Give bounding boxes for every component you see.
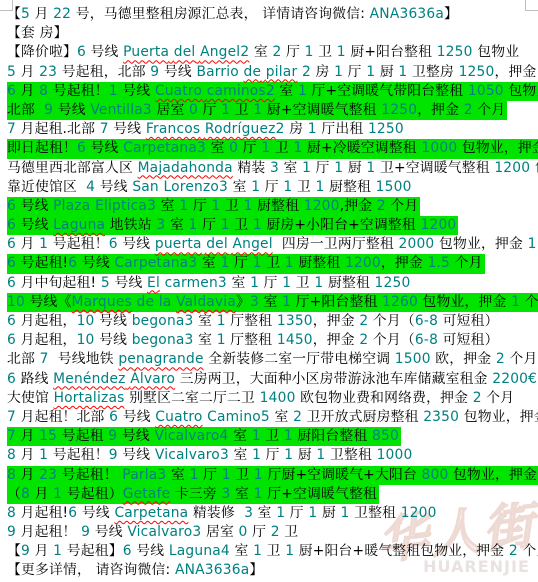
rental-listing-text-block: 【5 月 22 号，马德里整租房源汇总表， 详情请咨询微信: ANA3636a】… (7, 5, 538, 581)
latin-text-run: begona3 (132, 332, 194, 348)
latin-text-run: 1 (254, 467, 263, 483)
latin-text-run: 1200 (304, 198, 340, 214)
latin-text-run: 2200€ (492, 371, 537, 387)
latin-text-run: 2 (271, 524, 280, 540)
latin-text-run: Francos (146, 121, 200, 137)
listing-line-highlighted: 6 号起租!6 号线 Carpetana3 室 1 厅 1 卫 1 厨整租 12… (7, 254, 485, 273)
latin-text-run: ANA3636a (175, 562, 249, 578)
misspelled-word: Valdavia (176, 294, 236, 310)
misspelled-word: Cuatro caminos2 (155, 83, 275, 99)
latin-text-run: Eliptica3 (95, 198, 156, 214)
latin-text-run: 1 (284, 447, 293, 463)
latin-text-run: 9 (150, 64, 159, 80)
latin-text-run: 1 (316, 179, 325, 195)
latin-text-run: Angel2 (200, 44, 249, 60)
latin-text-run: 1250 (375, 275, 411, 291)
latin-text-run: 1 (252, 447, 261, 463)
latin-text-run: pilar (266, 64, 298, 80)
latin-text-run: Valdavia (176, 294, 236, 310)
latin-text-run: 1 (109, 83, 118, 99)
listing-line-highlighted: 7 月 15 号起租 9 号线 Vicalvaro4 室 1 卫 1 厨阳台整租… (7, 427, 401, 446)
latin-text-run: 1000 (421, 140, 457, 156)
latin-text-run: 1 (337, 44, 346, 60)
latin-text-run: Carpetana (114, 505, 188, 521)
latin-text-run: 6 (7, 255, 16, 271)
latin-text-run: 2350 (423, 409, 459, 425)
latin-text-run: 1 (282, 294, 291, 310)
listing-line-highlighted: （8 月 1 号起租）Getafe 卡三旁 3 室 1 厅+空调暖气整租 (7, 485, 379, 504)
latin-text-run: 6-8 (415, 332, 438, 348)
latin-text-run: 7 (100, 121, 109, 137)
latin-text-run: Getafe (123, 486, 171, 502)
word-document-page: 【5 月 22 号，马德里整租房源汇总表， 详情请咨询微信: ANA3636a】… (0, 0, 538, 582)
latin-text-run: 6 (109, 236, 118, 252)
latin-text-run: de (244, 64, 262, 80)
latin-text-run: 1000 (377, 447, 413, 463)
latin-text-run: 1 (53, 543, 62, 559)
latin-text-run: 5 (7, 64, 16, 80)
latin-text-run: 3 (156, 217, 165, 233)
latin-text-run: 9 (109, 447, 118, 463)
latin-text-run: 1 (334, 64, 343, 80)
latin-text-run: 10 (77, 332, 95, 348)
listing-line-highlighted: 10 号线《Marques de la Valdavia》3 室 1 厅+阳台整… (7, 293, 538, 312)
latin-text-run: 2 (293, 409, 302, 425)
latin-text-run: 1 (39, 236, 48, 252)
listing-line: 6 月起租，10 号线 begona3 室 1 厅整租 1450，押金 2 个月… (7, 331, 538, 350)
latin-text-run: 9 (21, 543, 30, 559)
latin-text-run: 2 (272, 44, 281, 60)
listing-line: 【5 月 22 号，马德里整租房源汇总表， 详情请咨询微信: ANA3636a】 (7, 5, 538, 24)
latin-text-run: Camino5 (207, 409, 270, 425)
latin-text-run: 1 (253, 543, 262, 559)
latin-text-run: 1 (334, 160, 343, 176)
latin-text-run: la (159, 294, 172, 310)
misspelled-word: Getafe (123, 486, 171, 502)
misspelled-word: de pilar (244, 64, 298, 80)
latin-text-run: 1 (189, 217, 198, 233)
latin-text-run: carmen3 (165, 275, 227, 291)
latin-text-run: 1 (302, 160, 311, 176)
latin-text-run: 8 (7, 447, 16, 463)
latin-text-run: 6 (7, 313, 16, 329)
misspelled-word: Marques (72, 294, 132, 310)
latin-text-run: 1 (293, 140, 302, 156)
latin-text-run: 1 (528, 236, 537, 252)
latin-text-run: 850 (372, 428, 399, 444)
latin-text-run: 1 (253, 255, 262, 271)
listing-line: 9 月起租！ 9 号线 Vicalvaro3 居室 0 厅 2 卫 (7, 523, 538, 542)
listing-line: 7 月起租！北部 6 号线 Cuatro Camino5 室 2 卫开放式厨房整… (7, 408, 538, 427)
latin-text-run: Vicalvaro3 (155, 447, 229, 463)
misspelled-word: penagrande (118, 351, 203, 367)
latin-text-run: 1400 (260, 390, 296, 406)
latin-text-run: Menéndez (53, 371, 125, 387)
latin-text-run: 1500 (376, 179, 412, 195)
latin-text-run: 1 (282, 275, 291, 291)
latin-text-run: Vicalvaro3 (127, 524, 201, 540)
latin-text-run: 2 (377, 198, 386, 214)
latin-text-run: Carpetana3 (123, 140, 206, 156)
latin-text-run: 1 (217, 332, 226, 348)
misspelled-word: Cuatro (155, 409, 202, 425)
latin-text-run: Cuatro (155, 409, 202, 425)
latin-text-run: 1 (217, 313, 226, 329)
latin-text-run: 6 (77, 140, 86, 156)
latin-text-run: 3 (221, 486, 230, 502)
latin-text-run: 5 (101, 275, 110, 291)
listing-line-highlighted: 6 号线 Laguna 地铁站 3 室 1 厅 1 卫 1 厨房+小阳台+空调整… (7, 216, 458, 235)
latin-text-run: Parla3 (122, 467, 166, 483)
latin-text-run: 23 (39, 64, 57, 80)
latin-text-run: 2 (302, 64, 311, 80)
latin-text-run: Barrio (196, 64, 239, 80)
latin-text-run: 1 (511, 294, 520, 310)
misspelled-word: Puerta del Angel2 (123, 44, 249, 60)
latin-text-run: Puerta (123, 44, 169, 60)
latin-text-run: 1 (316, 447, 325, 463)
latin-text-run: 1 (254, 486, 263, 502)
latin-text-run: 2 (509, 543, 518, 559)
latin-text-run: del (206, 236, 228, 252)
latin-text-run: Cuatro (155, 83, 202, 99)
latin-text-run: 1 (261, 140, 270, 156)
listing-line: 【9 月 1 号起租】6 号线 Laguna4 室 1 卫 1 厨+阳台+暖气整… (7, 542, 538, 561)
misspelled-word: Hortalizas (54, 390, 125, 406)
latin-text-run: 8 (21, 486, 30, 502)
listing-line: 8 月 1 号起租！9 号线 Vicalvaro3 室 1 厅 1 厨 1 卫整… (7, 446, 538, 465)
latin-text-run: 1 (179, 198, 188, 214)
misspelled-word: Laguna (53, 217, 105, 233)
latin-text-run: 1 (298, 83, 307, 99)
latin-text-run: 9 (108, 428, 117, 444)
latin-text-run: 6 (109, 409, 118, 425)
latin-text-run: 1 (398, 64, 407, 80)
latin-text-run: ANA3636a (370, 6, 444, 22)
misspelled-word: Francos Rodríguez (146, 121, 276, 137)
latin-text-run: del (174, 44, 196, 60)
latin-text-run: 3 (270, 160, 279, 176)
latin-text-run: 7 (7, 121, 16, 137)
latin-text-run: 6 (7, 198, 16, 214)
latin-text-run: 1200 (345, 255, 381, 271)
listing-line: 【更多详情， 请咨询微信: ANA3636a】 (7, 561, 538, 580)
latin-text-run: 1 (305, 44, 314, 60)
latin-text-run: 1250 (437, 44, 473, 60)
latin-text-run: 7 (7, 409, 16, 425)
latin-text-run: 2 (359, 332, 368, 348)
listing-line-highlighted: 即日起租！6 号线 Carpetana3 室 0 厅 1 卫 1 厨+冷暖空调整… (7, 139, 538, 158)
latin-text-run: Laguna4 (169, 543, 230, 559)
listing-line: 6 月起租，10 号线 begona3 室 1 厅整租 1350，押金 2 个月… (7, 312, 538, 331)
latin-text-run: 6 (7, 371, 16, 387)
listing-line: 6 路线 Menéndez Álvaro 三房两卫，大面种小区房带游泳池车库储藏… (7, 370, 538, 389)
latin-text-run: 8 (39, 83, 48, 99)
latin-text-run: 1260 (382, 294, 418, 310)
latin-text-run: Vicalvaro4 (154, 428, 228, 444)
latin-text-run: 6 (77, 44, 86, 60)
misspelled-word: El (147, 275, 160, 291)
latin-text-run: 6 (7, 332, 16, 348)
listing-line: 靠近使馆区 4 号线 San Lorenzo3 室 1 厅 1 卫 1 厨整租 … (7, 178, 538, 197)
latin-text-run: 10 (7, 294, 25, 310)
latin-text-run: 1 (366, 160, 375, 176)
listing-line: 6 月 1 号起租！6 号线 puerta del Angel 四房一卫两厅整租… (7, 235, 538, 254)
latin-text-run: 1 (253, 217, 262, 233)
latin-text-run: 1 (250, 275, 259, 291)
listing-line: 6 月中旬起租! 5 号线 El carmen3 室 1 厅 1 卫 1 厨整租… (7, 274, 538, 293)
latin-text-run: 1200 (421, 217, 457, 233)
latin-text-run: 6 (68, 505, 77, 521)
latin-text-run: 8 (7, 467, 16, 483)
latin-text-run: 0 (239, 524, 248, 540)
latin-text-run: 2 (276, 121, 285, 137)
latin-text-run: 22 (53, 6, 71, 22)
latin-text-run: Carpetana3 (114, 255, 197, 271)
latin-text-run: 1 (211, 198, 220, 214)
latin-text-run: 1250 (381, 102, 417, 118)
latin-text-run: 1 (308, 505, 317, 521)
latin-text-run: 6 (7, 275, 16, 291)
latin-text-run: 6 (68, 255, 77, 271)
latin-text-run: 10 (77, 313, 95, 329)
misspelled-word: Menéndez Álvaro (53, 371, 175, 387)
latin-text-run: 1 (285, 255, 294, 271)
latin-text-run: 1 (308, 121, 317, 137)
listing-line: 【套 房】 (7, 24, 538, 43)
latin-text-run: Rodríguez (205, 121, 276, 137)
listing-line: 8 月起租!6 号线 Carpetana 精装修 3 室 1 厅 1 厨 1 卫… (7, 504, 538, 523)
latin-text-run: 1 (253, 102, 262, 118)
latin-text-run: 1 (314, 275, 323, 291)
listing-line-highlighted: 8 月 23 号起租！ Parla3 室 1 厅 1 卫 1 厅厨+空调暖气+大… (7, 466, 538, 485)
latin-text-run: Marques (72, 294, 132, 310)
latin-text-run: 1 (251, 179, 260, 195)
latin-text-run: 800 (422, 467, 449, 483)
latin-text-run: San (132, 179, 159, 195)
latin-text-run: 5 (21, 6, 30, 22)
latin-text-run: 1 (284, 428, 293, 444)
latin-text-run: 1450 (277, 332, 313, 348)
listing-line-highlighted: 北部 9 号线 Ventilla3 居室 0 厅 1 卫 1 厨+空调暖气整租 … (7, 101, 507, 120)
latin-text-run: puerta (155, 236, 202, 252)
latin-text-run: 6 (7, 236, 16, 252)
latin-text-run: 1 (190, 467, 199, 483)
misspelled-word: Carpetana (114, 505, 188, 521)
latin-text-run: 1 (244, 198, 253, 214)
latin-text-run: Laguna (53, 217, 105, 233)
listing-line: 北部 7 号线地铁 penagrande 全新装修二室一厅带电梯空调 1500 … (7, 350, 538, 369)
latin-text-run: 1 (366, 64, 375, 80)
listing-line: 7 月起租.北部 7 号线 Francos Rodríguez2 房 1 厅出租… (7, 120, 538, 139)
latin-text-run: 1.5 (427, 255, 450, 271)
latin-text-run: Angel (232, 236, 272, 252)
latin-text-run: caminos2 (207, 83, 275, 99)
misspelled-word: Majadahonda (138, 160, 233, 176)
latin-text-run: 15 (39, 428, 57, 444)
latin-text-run: 1500 (395, 351, 431, 367)
latin-text-run: 1200 (494, 160, 530, 176)
misspelled-word: puerta del Angel (155, 236, 273, 252)
latin-text-run: 2 (496, 351, 505, 367)
latin-text-run: 6 (7, 217, 16, 233)
latin-text-run: 23 (39, 467, 57, 483)
latin-text-run: 2 (359, 313, 368, 329)
listing-line: 大使馆 Hortalizas 别墅区二室二厅二卫 1400 欧包物业费和网络费，… (7, 389, 538, 408)
latin-text-run: 4 (86, 179, 95, 195)
latin-text-run: 3 (250, 294, 259, 310)
latin-text-run: de (137, 294, 155, 310)
latin-text-run: 9 (44, 102, 53, 118)
latin-text-run: 1250 (368, 121, 404, 137)
latin-text-run: 2000 (398, 236, 434, 252)
latin-text-run: 1 (222, 467, 231, 483)
listing-line: 5 月 23 号起租，北部 9 号线 Barrio de pilar 2 房 1… (7, 63, 538, 82)
latin-text-run: 8 (7, 505, 16, 521)
listing-line: 马德里西北部富人区 Majadahonda 精装 3 室 1 厅 1 厨 1 卫… (7, 159, 538, 178)
latin-text-run: 1 (221, 102, 230, 118)
latin-text-run: 0 (189, 102, 198, 118)
latin-text-run: begona3 (132, 313, 194, 329)
latin-text-run: 1 (276, 505, 285, 521)
latin-text-run: 7 (7, 428, 16, 444)
latin-text-run: Lorenzo3 (163, 179, 228, 195)
latin-text-run: Álvaro (130, 371, 175, 387)
latin-text-run: 6-8 (415, 313, 438, 329)
latin-text-run: 6 (123, 543, 132, 559)
latin-text-run: El (147, 275, 160, 291)
latin-text-run: 1200 (401, 505, 437, 521)
latin-text-run: 1 (53, 486, 62, 502)
latin-text-run: 7 (40, 351, 49, 367)
listing-line: 【降价啦】6 号线 Puerta del Angel2 室 2 厅 1 卫 1 … (7, 43, 538, 62)
latin-text-run: 1 (220, 255, 229, 271)
latin-text-run: 9 (7, 524, 16, 540)
latin-text-run: Plaza (53, 198, 90, 214)
latin-text-run: Hortalizas (54, 390, 125, 406)
latin-text-run: 1 (341, 505, 350, 521)
latin-text-run: Ventilla3 (90, 102, 152, 118)
latin-text-run: 6 (7, 83, 16, 99)
latin-text-run: 1250 (459, 64, 495, 80)
latin-text-run: 0 (229, 140, 238, 156)
latin-text-run: 2 (464, 102, 473, 118)
latin-text-run: 1 (252, 428, 261, 444)
latin-text-run: 1 (283, 179, 292, 195)
latin-text-run: 1 (285, 543, 294, 559)
latin-text-run: penagrande (118, 351, 203, 367)
latin-text-run: 2 (473, 390, 482, 406)
listing-line-highlighted: 6 号线 Plaza Eliptica3 室 1 厅 1 卫 1 厨整租 120… (7, 197, 420, 216)
listing-line-highlighted: 6 月 8 号起租！1 号线 Cuatro caminos2 室 1 厅+空调暖… (7, 82, 538, 101)
latin-text-run: 1 (221, 217, 230, 233)
latin-text-run: 9 (81, 524, 90, 540)
latin-text-run: 1 (39, 447, 48, 463)
latin-text-run: Majadahonda (138, 160, 233, 176)
latin-text-run: 1050 (468, 83, 504, 99)
latin-text-run: 3 (244, 505, 253, 521)
latin-text-run: 1350 (277, 313, 313, 329)
